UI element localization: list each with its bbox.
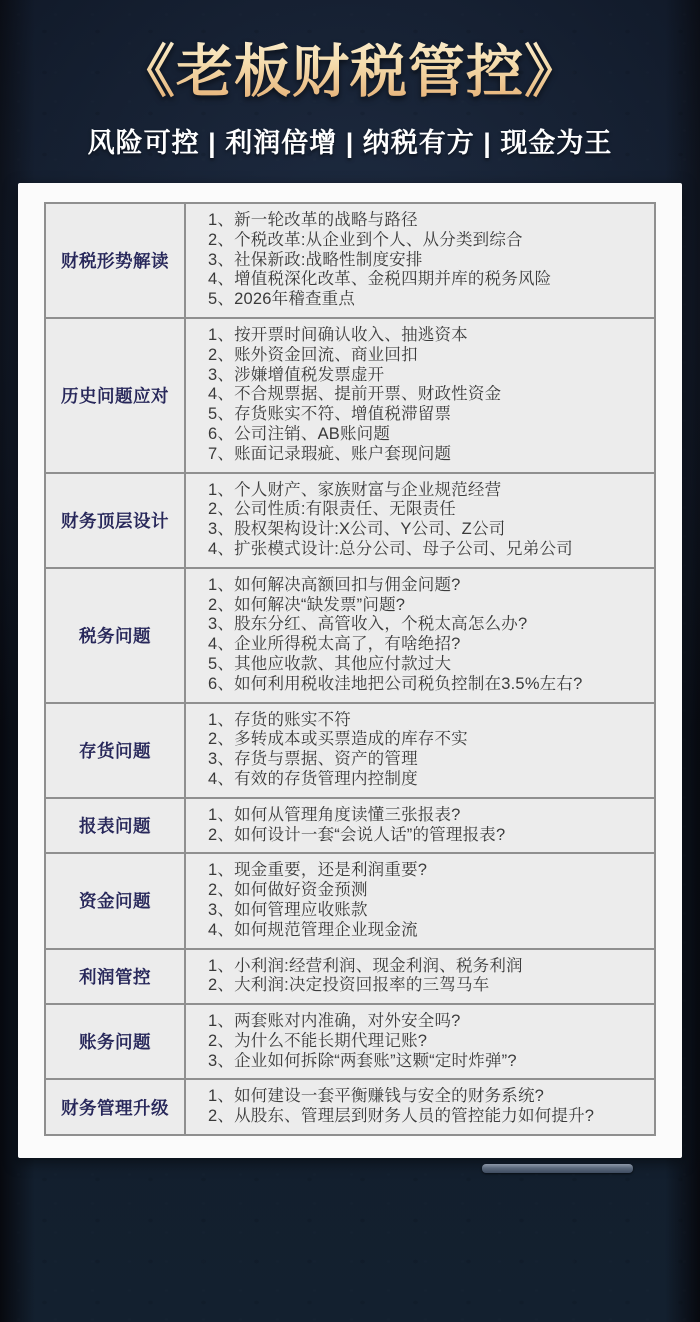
item-line: 1、如何建设一套平衡赚钱与安全的财务系统? — [208, 1087, 646, 1107]
category-label: 财税形势解读 — [61, 251, 169, 271]
category-label: 财务顶层设计 — [61, 511, 169, 531]
items-cell: 1、如何解决高额回扣与佣金问题?2、如何解决“缺发票”问题?3、股东分红、高管收… — [185, 568, 655, 703]
table-row: 财务顶层设计 1、个人财产、家族财富与企业规范经营2、公司性质:有限责任、无限责… — [45, 473, 655, 568]
item-line: 5、其他应收款、其他应付款过大 — [208, 655, 646, 675]
item-line: 2、大利润:决定投资回报率的三驾马车 — [208, 976, 646, 996]
item-line: 3、股权架构设计:X公司、Y公司、Z公司 — [208, 520, 646, 540]
table-row: 资金问题 1、现金重要，还是利润重要?2、如何做好资金预测3、如何管理应收账款4… — [45, 853, 655, 948]
category-label: 税务问题 — [79, 626, 151, 646]
item-line: 1、如何解决高额回扣与佣金问题? — [208, 576, 646, 596]
category-label: 历史问题应对 — [61, 386, 169, 406]
category-label: 资金问题 — [79, 891, 151, 911]
item-line: 3、存货与票据、资产的管理 — [208, 750, 646, 770]
item-line: 1、如何从管理角度读懂三张报表? — [208, 806, 646, 826]
course-table: 财税形势解读 1、新一轮改革的战略与路径2、个税改革:从企业到个人、从分类到综合… — [44, 202, 656, 1136]
category-cell: 存货问题 — [45, 703, 185, 798]
item-line: 1、小利润:经营利润、现金利润、税务利润 — [208, 957, 646, 977]
item-line: 4、如何规范管理企业现金流 — [208, 921, 646, 941]
item-line: 5、2026年稽查重点 — [208, 290, 646, 310]
poster-title: 《老板财税管控》 — [0, 26, 700, 108]
table-row: 账务问题 1、两套账对内准确，对外安全吗?2、为什么不能长期代理记账?3、企业如… — [45, 1004, 655, 1079]
item-line: 1、现金重要，还是利润重要? — [208, 861, 646, 881]
item-line: 1、两套账对内准确，对外安全吗? — [208, 1012, 646, 1032]
item-line: 1、新一轮改革的战略与路径 — [208, 211, 646, 231]
item-line: 2、为什么不能长期代理记账? — [208, 1032, 646, 1052]
item-line: 4、不合规票据、提前开票、财政性资金 — [208, 385, 646, 405]
category-cell: 利润管控 — [45, 949, 185, 1005]
items-cell: 1、如何从管理角度读懂三张报表?2、如何设计一套“会说人话”的管理报表? — [185, 798, 655, 854]
items-cell: 1、存货的账实不符2、多转成本或买票造成的库存不实3、存货与票据、资产的管理4、… — [185, 703, 655, 798]
category-cell: 税务问题 — [45, 568, 185, 703]
category-label: 利润管控 — [79, 967, 151, 987]
item-line: 4、扩张模式设计:总分公司、母子公司、兄弟公司 — [208, 540, 646, 560]
item-line: 4、增值税深化改革、金税四期并库的税务风险 — [208, 270, 646, 290]
items-cell: 1、新一轮改革的战略与路径2、个税改革:从企业到个人、从分类到综合3、社保新政:… — [185, 203, 655, 318]
item-line: 3、企业如何拆除“两套账”这颗“定时炸弹”? — [208, 1052, 646, 1072]
category-cell: 历史问题应对 — [45, 318, 185, 473]
item-line: 2、从股东、管理层到财务人员的管控能力如何提升? — [208, 1107, 646, 1127]
items-cell: 1、现金重要，还是利润重要?2、如何做好资金预测3、如何管理应收账款4、如何规范… — [185, 853, 655, 948]
item-line: 3、股东分红、高管收入，个税太高怎么办? — [208, 615, 646, 635]
bottom-bar — [482, 1164, 633, 1173]
poster-subtitle: 风险可控 | 利润倍增 | 纳税有方 | 现金为王 — [0, 121, 700, 160]
table-row: 历史问题应对 1、按开票时间确认收入、抽逃资本2、账外资金回流、商业回扣3、涉嫌… — [45, 318, 655, 473]
category-cell: 财务管理升级 — [45, 1079, 185, 1135]
table-row: 存货问题 1、存货的账实不符2、多转成本或买票造成的库存不实3、存货与票据、资产… — [45, 703, 655, 798]
table-row: 财务管理升级 1、如何建设一套平衡赚钱与安全的财务系统?2、从股东、管理层到财务… — [45, 1079, 655, 1135]
table-row: 税务问题 1、如何解决高额回扣与佣金问题?2、如何解决“缺发票”问题?3、股东分… — [45, 568, 655, 703]
category-cell: 报表问题 — [45, 798, 185, 854]
category-cell: 财务顶层设计 — [45, 473, 185, 568]
content-card: 财税形势解读 1、新一轮改革的战略与路径2、个税改革:从企业到个人、从分类到综合… — [18, 183, 682, 1158]
item-line: 2、多转成本或买票造成的库存不实 — [208, 730, 646, 750]
category-label: 账务问题 — [79, 1032, 151, 1052]
category-cell: 财税形势解读 — [45, 203, 185, 318]
item-line: 5、存货账实不符、增值税滞留票 — [208, 405, 646, 425]
item-line: 2、公司性质:有限责任、无限责任 — [208, 500, 646, 520]
item-line: 3、社保新政:战略性制度安排 — [208, 251, 646, 271]
item-line: 6、如何利用税收洼地把公司税负控制在3.5%左右? — [208, 675, 646, 695]
table-row: 财税形势解读 1、新一轮改革的战略与路径2、个税改革:从企业到个人、从分类到综合… — [45, 203, 655, 318]
item-line: 4、企业所得税太高了，有啥绝招? — [208, 635, 646, 655]
item-line: 7、账面记录瑕疵、账户套现问题 — [208, 445, 646, 465]
item-line: 2、如何做好资金预测 — [208, 881, 646, 901]
items-cell: 1、如何建设一套平衡赚钱与安全的财务系统?2、从股东、管理层到财务人员的管控能力… — [185, 1079, 655, 1135]
item-line: 2、个税改革:从企业到个人、从分类到综合 — [208, 231, 646, 251]
items-cell: 1、两套账对内准确，对外安全吗?2、为什么不能长期代理记账?3、企业如何拆除“两… — [185, 1004, 655, 1079]
item-line: 2、如何解决“缺发票”问题? — [208, 596, 646, 616]
item-line: 3、涉嫌增值税发票虚开 — [208, 366, 646, 386]
category-label: 存货问题 — [79, 741, 151, 761]
poster-root: { "header": { "title": "《老板财税管控》", "subt… — [0, 0, 700, 1322]
item-line: 2、账外资金回流、商业回扣 — [208, 346, 646, 366]
category-label: 报表问题 — [79, 816, 151, 836]
item-line: 4、有效的存货管理内控制度 — [208, 770, 646, 790]
category-label: 财务管理升级 — [61, 1098, 169, 1118]
items-cell: 1、小利润:经营利润、现金利润、税务利润2、大利润:决定投资回报率的三驾马车 — [185, 949, 655, 1005]
items-cell: 1、个人财产、家族财富与企业规范经营2、公司性质:有限责任、无限责任3、股权架构… — [185, 473, 655, 568]
category-cell: 资金问题 — [45, 853, 185, 948]
item-line: 1、存货的账实不符 — [208, 711, 646, 731]
items-cell: 1、按开票时间确认收入、抽逃资本2、账外资金回流、商业回扣3、涉嫌增值税发票虚开… — [185, 318, 655, 473]
table-row: 报表问题 1、如何从管理角度读懂三张报表?2、如何设计一套“会说人话”的管理报表… — [45, 798, 655, 854]
item-line: 2、如何设计一套“会说人话”的管理报表? — [208, 826, 646, 846]
item-line: 6、公司注销、AB账问题 — [208, 425, 646, 445]
course-table-body: 财税形势解读 1、新一轮改革的战略与路径2、个税改革:从企业到个人、从分类到综合… — [45, 203, 655, 1135]
category-cell: 账务问题 — [45, 1004, 185, 1079]
item-line: 3、如何管理应收账款 — [208, 901, 646, 921]
item-line: 1、按开票时间确认收入、抽逃资本 — [208, 326, 646, 346]
table-row: 利润管控 1、小利润:经营利润、现金利润、税务利润2、大利润:决定投资回报率的三… — [45, 949, 655, 1005]
item-line: 1、个人财产、家族财富与企业规范经营 — [208, 481, 646, 501]
